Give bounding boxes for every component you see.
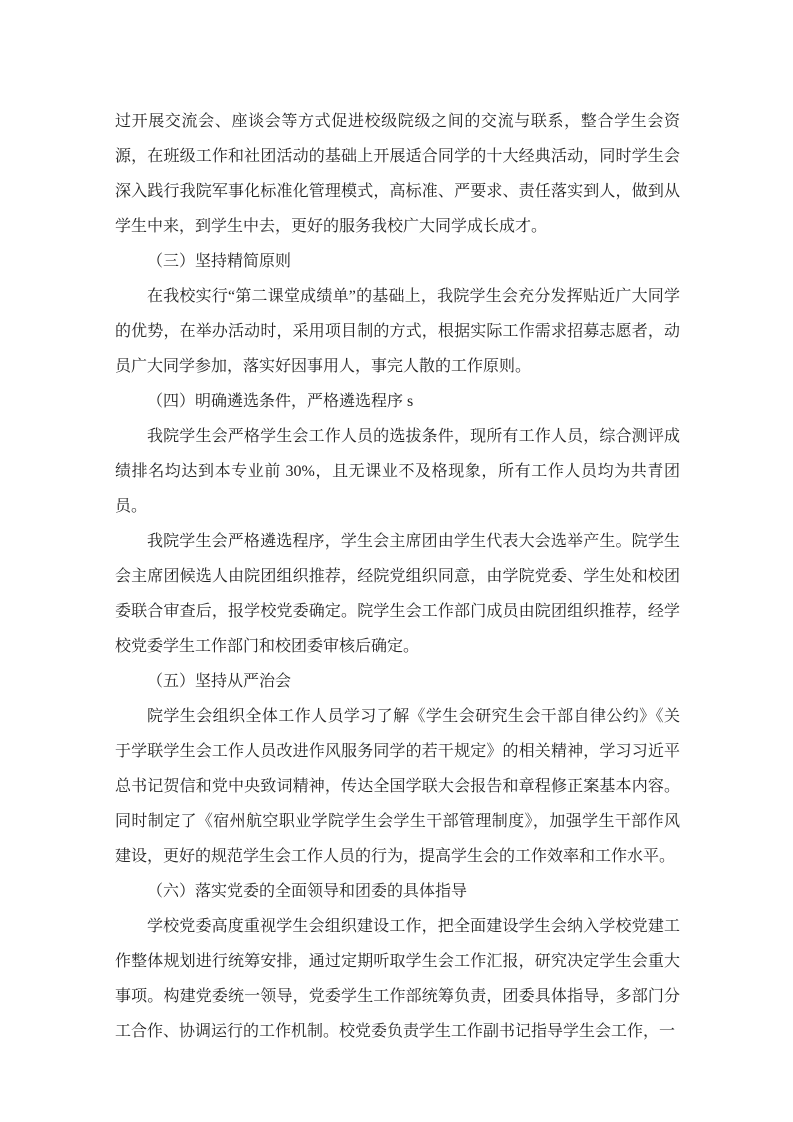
section-heading: （三）坚持精简原则 xyxy=(115,244,680,279)
paragraph: 在我校实行“第二课堂成绩单”的基础上，我院学生会充分发挥贴近广大同学的优势，在举… xyxy=(115,279,680,384)
section-heading: （五）坚持从严治会 xyxy=(115,664,680,699)
paragraph: 我院学生会严格学生会工作人员的选拔条件，现所有工作人员，综合测评成绩排名均达到本… xyxy=(115,419,680,524)
paragraph: 过开展交流会、座谈会等方式促进校级院级之间的交流与联系，整合学生会资源，在班级工… xyxy=(115,104,680,244)
paragraph: 学校党委高度重视学生会组织建设工作，把全面建设学生会纳入学校党建工作整体规划进行… xyxy=(115,909,680,1049)
document-page: 过开展交流会、座谈会等方式促进校级院级之间的交流与联系，整合学生会资源，在班级工… xyxy=(0,0,793,1122)
paragraph: 院学生会组织全体工作人员学习了解《学生会研究生会干部自律公约》《关于学联学生会工… xyxy=(115,699,680,874)
section-heading: （四）明确遴选条件，严格遴选程序 s xyxy=(115,384,680,419)
section-heading: （六）落实党委的全面领导和团委的具体指导 xyxy=(115,874,680,909)
document-content: 过开展交流会、座谈会等方式促进校级院级之间的交流与联系，整合学生会资源，在班级工… xyxy=(115,104,680,1049)
paragraph: 我院学生会严格遴选程序，学生会主席团由学生代表大会选举产生。院学生会主席团候选人… xyxy=(115,524,680,664)
